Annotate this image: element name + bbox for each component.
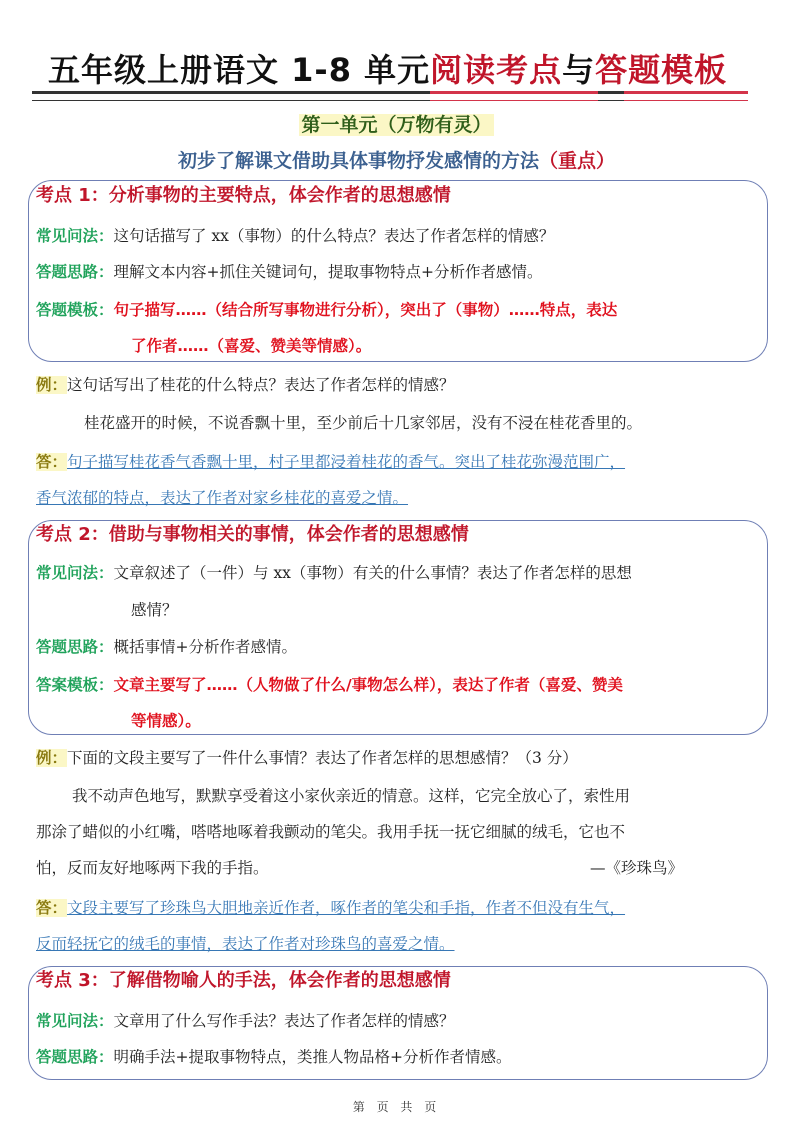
example-2-passage-line3: 怕，反而友好地啄两下我的手指。 —《珍珠鸟》 (36, 858, 761, 878)
example-2-passage-line1: 我不动声色地写，默默享受着这小家伙亲近的情意。这样，它完全放心了，索性用 (72, 786, 793, 806)
title-grade: 五年级上册语文 1-8 单元 (48, 51, 430, 89)
title-reading-points: 阅读考点 (430, 51, 562, 89)
template-text-line2: 了作者……（喜爱、赞美等情感）。 (131, 337, 371, 355)
example-2-question-row: 例：下面的文段主要写了一件什么事情？表达了作者怎样的思想感情？（3 分） (36, 748, 761, 768)
passage-source: —《珍珠鸟》 (590, 858, 683, 878)
answer-text-line2: 反而轻抚它的绒毛的事情，表达了作者对珍珠鸟的喜爱之情。 (36, 935, 455, 953)
kaodian-1-title-text: 考点 1：分析事物的主要特点，体会作者的思想感情 (36, 185, 451, 206)
example-label: 例： (36, 376, 67, 394)
kaodian-3-title-text: 考点 3：了解借物喻人的手法，体会作者的思想感情 (36, 970, 451, 991)
answer-text-line1: 句子描写桂花香气香飘十里，村子里都浸着桂花的香气。突出了桂花弥漫范围广， (67, 453, 625, 471)
passage-text-line3: 怕，反而友好地啄两下我的手指。 (36, 859, 269, 877)
kaodian-3-idea-row: 答题思路：明确手法+提取事物特点，类推人物品格+分析作者情感。 (36, 1047, 761, 1067)
title-rule-black-2 (598, 91, 624, 101)
kaodian-2-box (28, 520, 768, 735)
template-text-line1: 句子描写……（结合所写事物进行分析），突出了（事物）……特点，表达 (114, 301, 618, 319)
idea-label: 答题思路： (36, 638, 114, 656)
title-rule-black (32, 91, 432, 101)
unit-subtitle-emphasis: （重点） (539, 150, 615, 172)
kaodian-2-title-text: 考点 2：借助与事物相关的事情，体会作者的思想感情 (36, 524, 469, 545)
answer-text-line1: 文段主要写了珍珠鸟大胆地亲近作者，啄作者的笔尖和手指，作者不但没有生气， (67, 899, 625, 917)
example-2-passage-line2: 那涂了蜡似的小红嘴，嗒嗒地啄着我颤动的笔尖。我用手抚一抚它细腻的绒毛，它也不 (36, 822, 761, 842)
kaodian-1-idea-row: 答题思路：理解文本内容+抓住关键词句，提取事物特点+分析作者感情。 (36, 262, 761, 282)
kaodian-2-title: 考点 2：借助与事物相关的事情，体会作者的思想感情 (36, 525, 761, 545)
kaodian-3-title: 考点 3：了解借物喻人的手法，体会作者的思想感情 (36, 971, 761, 991)
question-label: 常见问法： (36, 227, 114, 245)
template-label: 答题模板： (36, 301, 114, 319)
page-footer: 第 页 共 页 (0, 1098, 793, 1115)
unit-title-text: 第一单元（万物有灵） (299, 114, 493, 136)
title-rule-red (430, 91, 598, 101)
example-question: 这句话写出了桂花的什么特点？表达了作者怎样的情感？ (67, 376, 455, 394)
example-1-passage: 桂花盛开的时候，不说香飘十里，至少前后十几家邻居，没有不浸在桂花香里的。 (84, 413, 793, 433)
passage-text-line2: 那涂了蜡似的小红嘴，嗒嗒地啄着我颤动的笔尖。我用手抚一抚它细腻的绒毛，它也不 (36, 823, 625, 841)
example-1-answer-row-2: 香气浓郁的特点，表达了作者对家乡桂花的喜爱之情。 (36, 488, 761, 508)
kaodian-1-template-row-2: 了作者……（喜爱、赞美等情感）。 (131, 336, 793, 356)
example-label: 例： (36, 749, 67, 767)
example-passage-text: 桂花盛开的时候，不说香飘十里，至少前后十几家邻居，没有不浸在桂花香里的。 (84, 414, 642, 432)
kaodian-1-title: 考点 1：分析事物的主要特点，体会作者的思想感情 (36, 186, 761, 206)
kaodian-1-question-row: 常见问法：这句话描写了 xx（事物）的什么特点？表达了作者怎样的情感？ (36, 226, 761, 246)
title-rule-red-2 (624, 91, 748, 101)
idea-label: 答题思路： (36, 263, 114, 281)
question-label: 常见问法： (36, 1012, 114, 1030)
idea-text: 明确手法+提取事物特点，类推人物品格+分析作者情感。 (114, 1048, 512, 1066)
idea-text: 理解文本内容+抓住关键词句，提取事物特点+分析作者感情。 (114, 263, 543, 281)
unit-subtitle: 初步了解课文借助具体事物抒发感情的方法（重点） (0, 146, 793, 173)
unit-subtitle-main: 初步了解课文借助具体事物抒发感情的方法 (178, 150, 539, 172)
template-text-line2: 等情感）。 (131, 712, 201, 730)
example-2-answer-row: 答：文段主要写了珍珠鸟大胆地亲近作者，啄作者的笔尖和手指，作者不但没有生气， (36, 898, 761, 918)
example-1-question-row: 例：这句话写出了桂花的什么特点？表达了作者怎样的情感？ (36, 375, 761, 395)
kaodian-2-idea-row: 答题思路：概括事情+分析作者感情。 (36, 637, 761, 657)
title-answer-templates: 答题模板 (595, 51, 727, 89)
kaodian-2-template-row: 答案模板：文章主要写了……（人物做了什么/事物怎么样），表达了作者（喜爱、赞美 (36, 675, 761, 695)
question-text-line2: 感情？ (131, 601, 178, 619)
kaodian-3-question-row: 常见问法：文章用了什么写作手法？表达了作者怎样的情感？ (36, 1011, 761, 1031)
template-label: 答案模板： (36, 676, 114, 694)
question-label: 常见问法： (36, 564, 114, 582)
passage-text-line1: 我不动声色地写，默默享受着这小家伙亲近的情意。这样，它完全放心了，索性用 (72, 787, 630, 805)
example-2-answer-row-2: 反而轻抚它的绒毛的事情，表达了作者对珍珠鸟的喜爱之情。 (36, 934, 761, 954)
title-and: 与 (562, 51, 595, 89)
kaodian-2-template-row-2: 等情感）。 (131, 711, 793, 731)
template-text-line1: 文章主要写了……（人物做了什么/事物怎么样），表达了作者（喜爱、赞美 (114, 676, 623, 694)
question-text: 文章用了什么写作手法？表达了作者怎样的情感？ (114, 1012, 455, 1030)
answer-label: 答： (36, 453, 67, 471)
answer-label: 答： (36, 899, 67, 917)
idea-text: 概括事情+分析作者感情。 (114, 638, 298, 656)
unit-title: 第一单元（万物有灵） (0, 110, 793, 137)
idea-label: 答题思路： (36, 1048, 114, 1066)
kaodian-2-question-row-2: 感情？ (131, 600, 793, 620)
example-question: 下面的文段主要写了一件什么事情？表达了作者怎样的思想感情？（3 分） (67, 749, 578, 767)
kaodian-1-template-row: 答题模板：句子描写……（结合所写事物进行分析），突出了（事物）……特点，表达 (36, 300, 761, 320)
question-text: 这句话描写了 xx（事物）的什么特点？表达了作者怎样的情感？ (114, 227, 555, 245)
kaodian-2-question-row: 常见问法：文章叙述了（一件）与 xx（事物）有关的什么事情？表达了作者怎样的思想 (36, 563, 761, 583)
example-1-answer-row: 答：句子描写桂花香气香飘十里，村子里都浸着桂花的香气。突出了桂花弥漫范围广， (36, 452, 761, 472)
question-text-line1: 文章叙述了（一件）与 xx（事物）有关的什么事情？表达了作者怎样的思想 (114, 564, 632, 582)
answer-text-line2: 香气浓郁的特点，表达了作者对家乡桂花的喜爱之情。 (36, 489, 408, 507)
